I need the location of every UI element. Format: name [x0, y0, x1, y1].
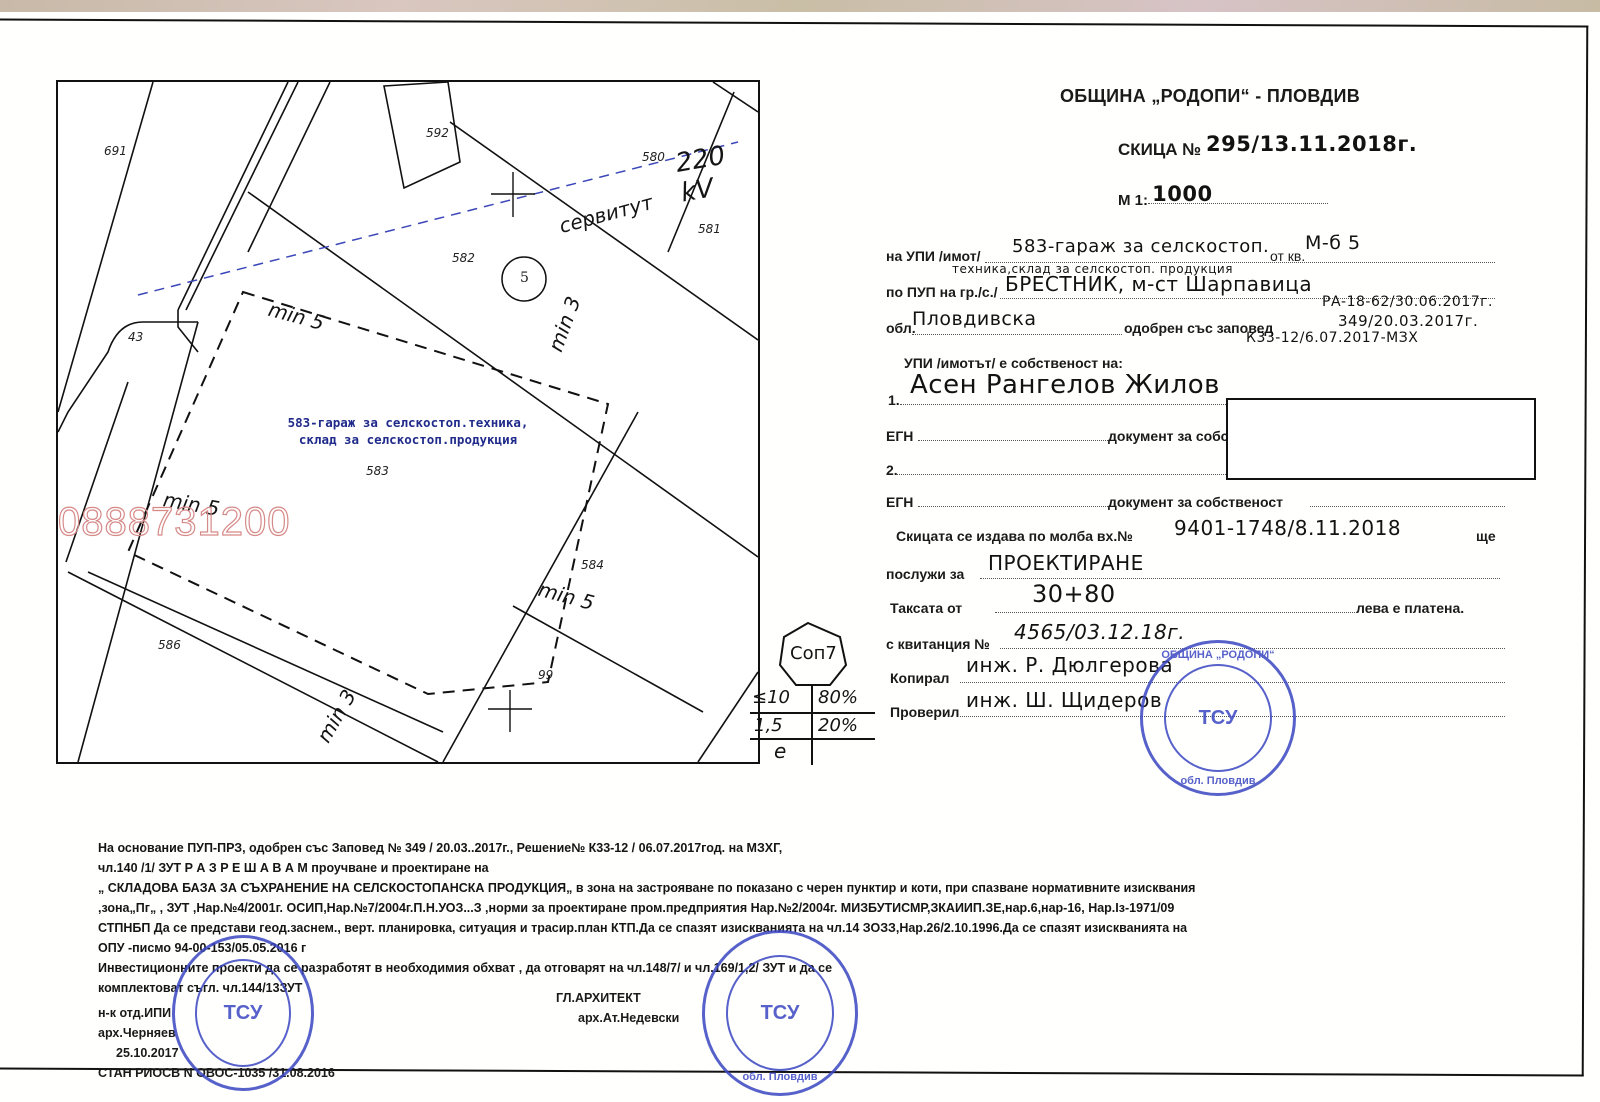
- owner-heading: УПИ /имотът/ е собственост на:: [904, 355, 1123, 371]
- region-value: Пловдивска: [912, 308, 1037, 330]
- fee-label: Таксата от: [890, 600, 962, 616]
- stamp-center-text: ТСУ: [1199, 707, 1238, 730]
- owner-2-label: 2.: [886, 462, 898, 478]
- request-label: Скицата се издава по молба вх.№: [896, 528, 1133, 544]
- block-number: 5: [520, 270, 529, 286]
- zone-type: e: [774, 739, 786, 763]
- chief-architect-name: арх.Ат.Недевски: [556, 1008, 679, 1028]
- pup-value: БРЕСТНИК, м-ст Шарпавица: [1005, 272, 1312, 296]
- municipal-stamp: ТСУ обл. Пловдив: [702, 930, 858, 1096]
- sketch-label: СКИЦА №: [1118, 140, 1201, 159]
- decree-line: ,зона„Пг„ , ЗУТ ,Нар.№4/2001г. ОСИП,Нар.…: [98, 898, 1438, 918]
- doc-2-label: документ за собственост: [1108, 494, 1283, 510]
- caption-line: склад за селскостоп.продукция: [218, 431, 598, 448]
- pup-order-extra: РА-18-62/30.06.2017г.: [1322, 294, 1493, 310]
- owner-1-label: 1.: [888, 392, 900, 408]
- sketch-number-value: 295/13.11.2018г.: [1206, 132, 1417, 156]
- cadastral-map: 691 592 580 581 582 43 583 584 586 99 5 …: [56, 80, 760, 764]
- approved-value: 349/20.03.2017г.: [1338, 312, 1478, 330]
- stamp-center-text: ТСУ: [224, 1002, 263, 1025]
- kv-value: М-б 5: [1305, 232, 1361, 254]
- parcel-label: 43: [128, 330, 143, 344]
- copied-value: инж. Р. Дюлгерова: [966, 653, 1173, 677]
- egn-2-label: ЕГН: [886, 494, 913, 510]
- sketch-number: СКИЦА № 295/13.11.2018г.: [1118, 136, 1417, 160]
- stamp-ring-bottom: обл. Пловдив: [742, 1071, 817, 1083]
- chief-architect-block: ГЛ.АРХИТЕКТ арх.Ат.Недевски: [556, 988, 679, 1028]
- chief-architect-title: ГЛ.АРХИТЕКТ: [556, 988, 679, 1008]
- parcel-label: 586: [158, 638, 181, 652]
- receipt-value: 4565/03.12.18г.: [1014, 620, 1185, 644]
- decree-line: На основание ПУП-ПРЗ, одобрен със Запове…: [98, 838, 1438, 858]
- parcel-label: 592: [426, 126, 449, 140]
- zone-code: Соп7: [790, 643, 837, 664]
- pup-label: по ПУП на гр./с./: [886, 284, 997, 300]
- decree-line: чл.140 /1/ ЗУТ Р А З Р Е Ш А В А М проуч…: [98, 858, 1438, 878]
- zone-green: 20%: [818, 715, 858, 736]
- checked-value: инж. Ш. Щидеров: [966, 688, 1162, 712]
- zone-marker: Соп7 ≤10 80% 1,5 20% e: [750, 615, 880, 765]
- zone-kint: 1,5: [754, 715, 783, 736]
- purpose-value: ПРОЕКТИРАНЕ: [988, 551, 1144, 575]
- parcel-label: 584: [581, 558, 604, 572]
- owner-1-value: Асен Рангелов Жилов: [910, 370, 1220, 400]
- fee-value: 30+80: [1032, 580, 1116, 608]
- parcel-label: 99: [538, 668, 553, 682]
- paper-edge: [0, 0, 1600, 12]
- stamp-center-text: ТСУ: [761, 1002, 800, 1025]
- phone-watermark: 0888731200: [58, 500, 290, 545]
- egn-1-label: ЕГН: [886, 428, 913, 444]
- request-value: 9401-1748/8.11.2018: [1174, 516, 1401, 540]
- caption-line: 583-гараж за селскостоп.техника,: [218, 414, 598, 431]
- approved-value-extra: К33-12/6.07.2017-МЗХ: [1246, 330, 1418, 346]
- parcel-label: 580: [642, 150, 665, 164]
- municipal-stamp: ТСУ ОБЩИНА „РОДОПИ“ обл. Пловдив: [1140, 640, 1296, 796]
- stamp-ring-top: ОБЩИНА „РОДОПИ“: [1161, 649, 1274, 661]
- parcel-label: 583: [366, 464, 389, 478]
- parcel-caption: 583-гараж за селскостоп.техника, склад з…: [218, 414, 598, 448]
- scale-label: М 1:: [1118, 192, 1148, 209]
- parcel-label: 582: [452, 251, 475, 265]
- zone-density: 80%: [818, 687, 858, 708]
- parcel-label: 691: [104, 144, 127, 158]
- scale: М 1: 1000: [1118, 186, 1213, 210]
- municipal-stamp: ТСУ: [172, 935, 314, 1091]
- checked-label: Проверил: [890, 704, 959, 720]
- receipt-label: с квитанция №: [886, 636, 990, 652]
- copied-label: Копирал: [890, 670, 949, 686]
- stamp-ring-bottom: обл. Пловдив: [1180, 775, 1255, 787]
- fee-suffix: лева е платена.: [1356, 600, 1464, 616]
- zone-height: ≤10: [752, 687, 790, 708]
- purpose-label: послужи за: [886, 566, 964, 582]
- request-suffix: ще: [1476, 528, 1496, 544]
- decree-line: „ СКЛАДОВА БАЗА ЗА СЪХРАНЕНИЕ НА СЕЛСКОС…: [98, 878, 1438, 898]
- upi-value: 583-гараж за селскостоп.: [1012, 236, 1269, 257]
- redacted-block: [1226, 398, 1536, 480]
- office-title: ОБЩИНА „РОДОПИ“ - ПЛОВДИВ: [1060, 86, 1360, 107]
- parcel-label: 581: [698, 222, 721, 236]
